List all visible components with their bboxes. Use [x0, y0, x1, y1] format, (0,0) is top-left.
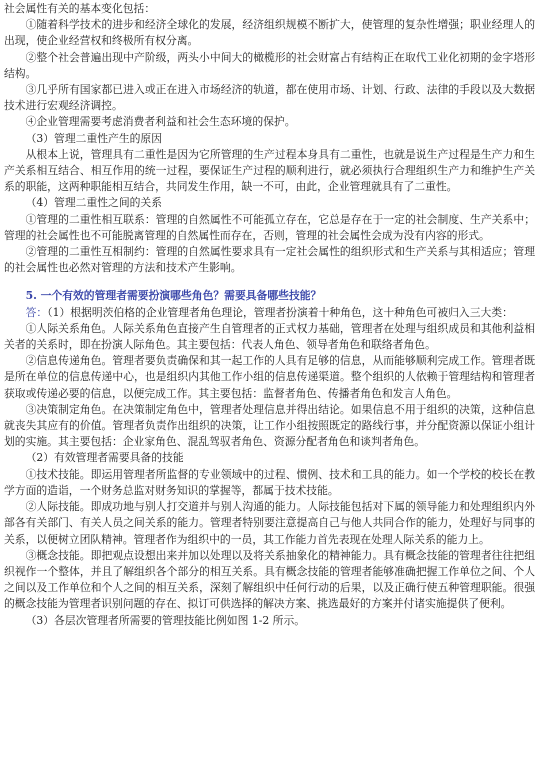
text-line: 织视作一个整体，并且了解组织各个部分的相互关系。具有概念技能的管理者能够准确把握…	[4, 564, 535, 580]
text-line: 答：（1）根据明茨伯格的企业管理者角色理论，管理者扮演着十种角色，这十种角色可被…	[4, 305, 535, 321]
text-segment: ②信息传递角色。管理者要负责确保和其一起工作的人具有足够的信息，从而能够顺利完成…	[26, 354, 535, 367]
text-segment: 获取或传递必要的信息，以便完成工作。其主要包括：监督者角色、传播者角色和发言人角…	[4, 387, 457, 400]
text-line: ④企业管理需要考虑消费者利益和社会生态环境的保护。	[4, 114, 535, 130]
text-segment: （3）管理二重性产生的原因	[26, 132, 162, 145]
text-line: 管理的社会属性也不可能脱离管理的自然属性而存在，否则，管理的社会属性会成为没有内…	[4, 228, 535, 244]
text-segment: 关系，以便树立团队精神。管理者作为组织中的一员，其工作能力首先表现在处理人际关系…	[4, 533, 490, 546]
text-line: ③决策制定角色。在决策制定角色中，管理者处理信息并得出结论。如果信息不用于组织的…	[4, 402, 535, 418]
text-segment: 是所在单位的信息传递中心，也是组织内其他工作小组的信息传递渠道。整个组织的人依赖…	[4, 370, 535, 383]
text-line: 从根本上说，管理具有二重性是因为它所管理的生产过程本身具有二重性，也就是说生产过…	[4, 147, 535, 163]
text-line: ①随着科学技术的进步和经济全球化的发展，经济组织规模不断扩大，使管理的复杂性增强…	[4, 17, 535, 33]
text-line: （3）管理二重性产生的原因	[4, 131, 535, 147]
text-segment: ②人际技能。即成功地与别人打交道并与别人沟通的能力。人际技能包括对下属的领导能力…	[26, 500, 535, 513]
text-line: 出现，使企业经营权和终极所有权分离。	[4, 33, 535, 49]
text-segment: ①随着科学技术的进步和经济全球化的发展，经济组织规模不断扩大，使管理的复杂性增强…	[26, 18, 535, 31]
text-line: 结构。	[4, 66, 535, 82]
text-segment: ③几乎所有国家都已进入或正在进入市场经济的轨道，都在使用市场、计划、行政、法律的…	[26, 83, 535, 96]
text-line: ②人际技能。即成功地与别人打交道并与别人沟通的能力。人际技能包括对下属的领导能力…	[4, 499, 535, 515]
text-line: （2）有效管理者需要具备的技能	[4, 450, 535, 466]
text-segment: 就丧失其应有的价值。管理者负责作出组织的决策，让工作小组按照既定的路线行事，并分…	[4, 419, 535, 432]
text-segment: 划的实施。其主要包括：企业家角色、混乱驾驭者角色、资源分配者角色和谈判者角色。	[4, 435, 425, 448]
text-line: （4）管理二重性之间的关系	[4, 195, 535, 211]
text-line: 社会属性有关的基本变化包括：	[4, 1, 535, 17]
text-segment: （2）有效管理者需要具备的技能	[26, 451, 184, 464]
text-line: 学方面的造诣，一个财务总监对财务知识的掌握等，都属于技术技能。	[4, 483, 535, 499]
text-segment: 结构。	[4, 67, 36, 80]
text-segment: ①管理的二重性相互联系：管理的自然属性不可能孤立存在，它总是存在于一定的社会制度…	[26, 213, 535, 226]
accent-text-segment: 答：	[26, 306, 48, 319]
text-segment: 学方面的造诣，一个财务总监对财务知识的掌握等，都属于技术技能。	[4, 484, 339, 497]
text-line: ②信息传递角色。管理者要负责确保和其一起工作的人具有足够的信息，从而能够顺利完成…	[4, 353, 535, 369]
text-line: 是所在单位的信息传递中心，也是组织内其他工作小组的信息传递渠道。整个组织的人依赖…	[4, 369, 535, 385]
text-segment: 织视作一个整体，并且了解组织各个部分的相互关系。具有概念技能的管理者能够准确把握…	[4, 565, 535, 578]
text-segment: 技术进行宏观经济调控。	[4, 99, 123, 112]
text-line: 的概念技能为管理者识别问题的存在、拟订可供选择的解决方案、挑选最好的方案并付诸实…	[4, 596, 535, 612]
text-segment: （3）各层次管理者所需要的管理技能比例如图 1-2 所示。	[26, 614, 305, 627]
accent-text-segment: 5. 一个有效的管理者需要扮演哪些角色？需要具备哪些技能？	[26, 289, 322, 302]
text-line: ②管理的二重性互相制约：管理的自然属性要求具有一定社会属性的组织形式和生产关系与…	[4, 244, 535, 260]
text-segment: ②整个社会普遍出现中产阶级，两头小中间大的橄榄形的社会财富占有结构正在取代工业化…	[26, 51, 535, 64]
text-segment: ①人际关系角色。人际关系角色直接产生自管理者的正式权力基础，管理者在处理与组织成…	[26, 322, 535, 335]
question-heading: 5. 一个有效的管理者需要扮演哪些角色？需要具备哪些技能？	[4, 288, 535, 304]
text-line: ③几乎所有国家都已进入或正在进入市场经济的轨道，都在使用市场、计划、行政、法律的…	[4, 82, 535, 98]
text-line: 技术进行宏观经济调控。	[4, 98, 535, 114]
text-line: ②整个社会普遍出现中产阶级，两头小中间大的橄榄形的社会财富占有结构正在取代工业化…	[4, 50, 535, 66]
text-segment: 部各有关部门、有关人员之间关系的能力。管理者特别要注意提高自己与他人共同合作的能…	[4, 516, 535, 529]
text-line: 就丧失其应有的价值。管理者负责作出组织的决策，让工作小组按照既定的路线行事，并分…	[4, 418, 535, 434]
text-line: ①管理的二重性相互联系：管理的自然属性不可能孤立存在，它总是存在于一定的社会制度…	[4, 212, 535, 228]
text-segment: 的社会属性也必然对管理的方法和技术产生影响。	[4, 261, 242, 274]
text-line: ①技术技能。即运用管理者所监督的专业领域中的过程、惯例、技术和工具的能力。如一个…	[4, 467, 535, 483]
text-line: 关系，以便树立团队精神。管理者作为组织中的一员，其工作能力首先表现在处理人际关系…	[4, 532, 535, 548]
text-segment: ③概念技能。即把观点设想出来并加以处理以及将关系抽象化的精神能力。具有概念技能的…	[26, 549, 535, 562]
text-segment: （4）管理二重性之间的关系	[26, 196, 162, 209]
text-line: ①人际关系角色。人际关系角色直接产生自管理者的正式权力基础，管理者在处理与组织成…	[4, 321, 535, 337]
text-segment: ②管理的二重性互相制约：管理的自然属性要求具有一定社会属性的组织形式和生产关系与…	[26, 245, 535, 258]
text-line: （3）各层次管理者所需要的管理技能比例如图 1-2 所示。	[4, 613, 535, 629]
text-segment: 管理的社会属性也不可能脱离管理的自然属性而存在，否则，管理的社会属性会成为没有内…	[4, 229, 490, 242]
text-line: 划的实施。其主要包括：企业家角色、混乱驾驭者角色、资源分配者角色和谈判者角色。	[4, 434, 535, 450]
text-segment: （1）根据明茨伯格的企业管理者角色理论，管理者扮演着十种角色，这十种角色可被归入…	[47, 306, 513, 319]
text-line: 获取或传递必要的信息，以便完成工作。其主要包括：监督者角色、传播者角色和发言人角…	[4, 386, 535, 402]
text-line: 关者的关系时，即在扮演人际角色。其主要包括：代表人角色、领导者角色和联络者角色。	[4, 337, 535, 353]
text-segment: 之间以及工作单位和个人之间的相互关系，深刻了解组织中任何行动的后果，以及正确行使…	[4, 581, 535, 594]
document-page: 社会属性有关的基本变化包括：①随着科学技术的进步和经济全球化的发展，经济组织规模…	[0, 0, 540, 780]
text-segment: 的概念技能为管理者识别问题的存在、拟订可供选择的解决方案、挑选最好的方案并付诸实…	[4, 597, 511, 610]
text-line: 的社会属性也必然对管理的方法和技术产生影响。	[4, 260, 535, 276]
text-segment: ①技术技能。即运用管理者所监督的专业领域中的过程、惯例、技术和工具的能力。如一个…	[26, 468, 535, 481]
text-line: 产关系相互结合、相互作用的统一过程，要保证生产过程的顺利进行，就必须执行合理组织…	[4, 163, 535, 179]
document-text: 社会属性有关的基本变化包括：①随着科学技术的进步和经济全球化的发展，经济组织规模…	[4, 1, 535, 629]
text-line: 系的职能，这两种职能相互结合，共同发生作用，缺一不可，由此，企业管理就具有了二重…	[4, 179, 535, 195]
text-segment: ③决策制定角色。在决策制定角色中，管理者处理信息并得出结论。如果信息不用于组织的…	[26, 403, 535, 416]
text-segment: 社会属性有关的基本变化包括：	[4, 2, 155, 15]
text-line: 之间以及工作单位和个人之间的相互关系，深刻了解组织中任何行动的后果，以及正确行使…	[4, 580, 535, 596]
text-segment: 从根本上说，管理具有二重性是因为它所管理的生产过程本身具有二重性，也就是说生产过…	[26, 148, 535, 161]
text-segment: 产关系相互结合、相互作用的统一过程，要保证生产过程的顺利进行，就必须执行合理组织…	[4, 164, 535, 177]
text-segment: 关者的关系时，即在扮演人际角色。其主要包括：代表人角色、领导者角色和联络者角色。	[4, 338, 436, 351]
text-segment: 出现，使企业经营权和终极所有权分离。	[4, 34, 198, 47]
text-segment: ④企业管理需要考虑消费者利益和社会生态环境的保护。	[26, 115, 296, 128]
text-line: 部各有关部门、有关人员之间关系的能力。管理者特别要注意提高自己与他人共同合作的能…	[4, 515, 535, 531]
text-line: ③概念技能。即把观点设想出来并加以处理以及将关系抽象化的精神能力。具有概念技能的…	[4, 548, 535, 564]
text-segment: 系的职能，这两种职能相互结合，共同发生作用，缺一不可，由此，企业管理就具有了二重…	[4, 180, 457, 193]
